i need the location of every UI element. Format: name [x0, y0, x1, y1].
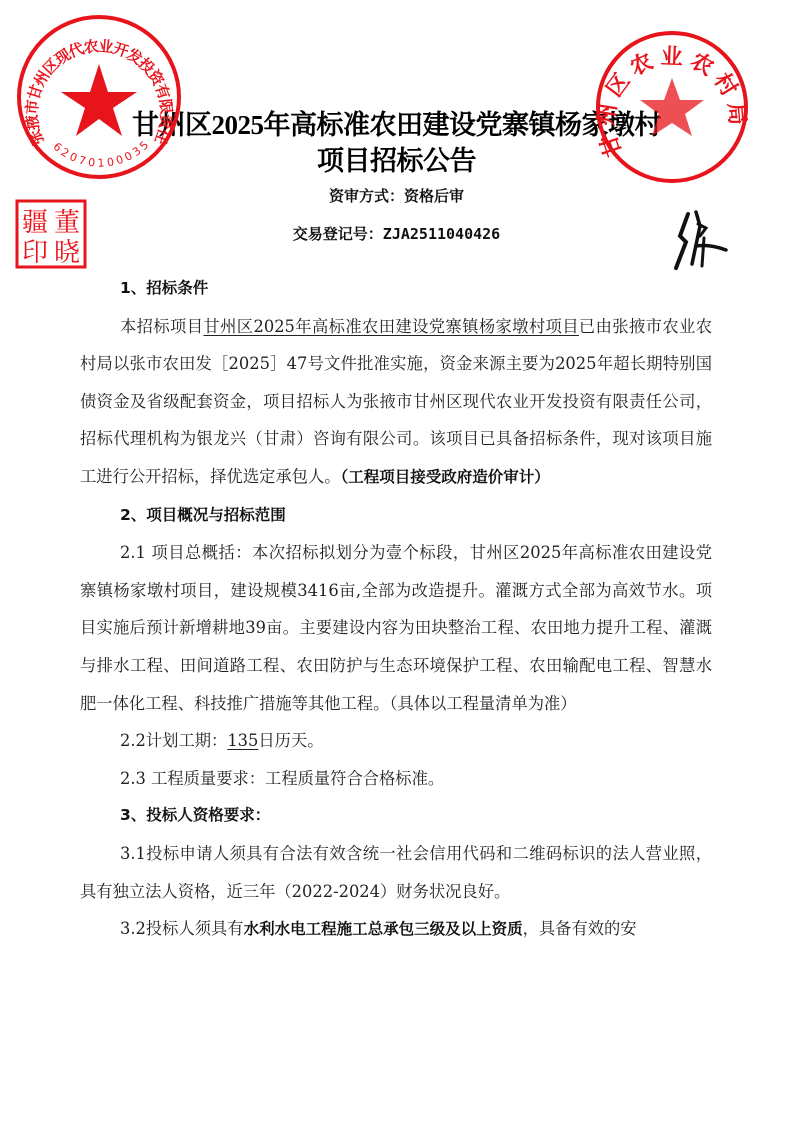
document-body: 1、招标条件 本招标项目甘州区2025年高标准农田建设党寨镇杨家墩村项目已由张掖…	[80, 270, 712, 949]
document-title-line2: 项目招标公告	[0, 139, 793, 178]
svg-text:疆: 疆	[22, 208, 48, 238]
document-page: 张掖市甘州区现代农业开发投资有限责任公司 6207010003591 甘州区农业…	[0, 0, 793, 1122]
section-1-paragraph: 本招标项目甘州区2025年高标准农田建设党寨镇杨家墩村项目已由张掖市农业农村局以…	[80, 308, 712, 497]
text-span: 本招标项目	[120, 317, 203, 336]
text-span: 3.2投标人须具有	[120, 919, 244, 938]
section-2-1-paragraph: 2.1 项目总概括：本次招标拟划分为壹个标段，甘州区2025年高标准农田建设党寨…	[80, 534, 712, 722]
registration-value: ZJA2511040426	[383, 225, 500, 243]
section-3-2-paragraph: 3.2投标人须具有水利水电工程施工总承包三级及以上资质，具备有效的安	[80, 910, 712, 949]
section-heading-2: 2、项目概况与招标范围	[80, 497, 712, 535]
section-heading-3: 3、投标人资格要求：	[80, 797, 712, 835]
audit-note-bold: （工程项目接受政府造价审计）	[341, 468, 550, 486]
section-heading-1: 1、招标条件	[80, 270, 712, 308]
document-title-line1: 甘州区2025年高标准农田建设党寨镇杨家墩村	[0, 103, 793, 142]
svg-text:印: 印	[22, 238, 48, 268]
qualification-bold: 水利水电工程施工总承包三级及以上资质	[244, 920, 523, 938]
review-method-value: 资格后审	[404, 187, 464, 205]
registration-label: 交易登记号：	[293, 225, 383, 243]
review-method-label: 资审方式：	[329, 187, 404, 205]
project-name-underlined: 甘州区2025年高标准农田建设党寨镇杨家墩村项目	[203, 317, 579, 336]
duration-days: 135	[227, 731, 258, 750]
handwritten-signature	[670, 206, 732, 272]
section-2-3-paragraph: 2.3 工程质量要求：工程质量符合合格标准。	[80, 760, 712, 798]
personal-name-stamp: 董 晓 疆 印	[15, 199, 87, 269]
svg-text:董: 董	[54, 208, 80, 238]
text-span: 已由张掖市农业农村局以张市农田发［2025］47号文件批准实施，资金来源主要为2…	[80, 317, 712, 486]
section-2-2-paragraph: 2.2计划工期：135日历天。	[80, 722, 712, 760]
svg-text:晓: 晓	[54, 238, 80, 268]
section-3-1-paragraph: 3.1投标申请人须具有合法有效含统一社会信用代码和二维码标识的法人营业照，具有独…	[80, 835, 712, 910]
text-span: ，具备有效的安	[523, 919, 637, 938]
text-span: 日历天。	[258, 731, 323, 750]
review-method: 资审方式：资格后审	[0, 185, 793, 206]
text-span: 2.2计划工期：	[120, 731, 227, 750]
